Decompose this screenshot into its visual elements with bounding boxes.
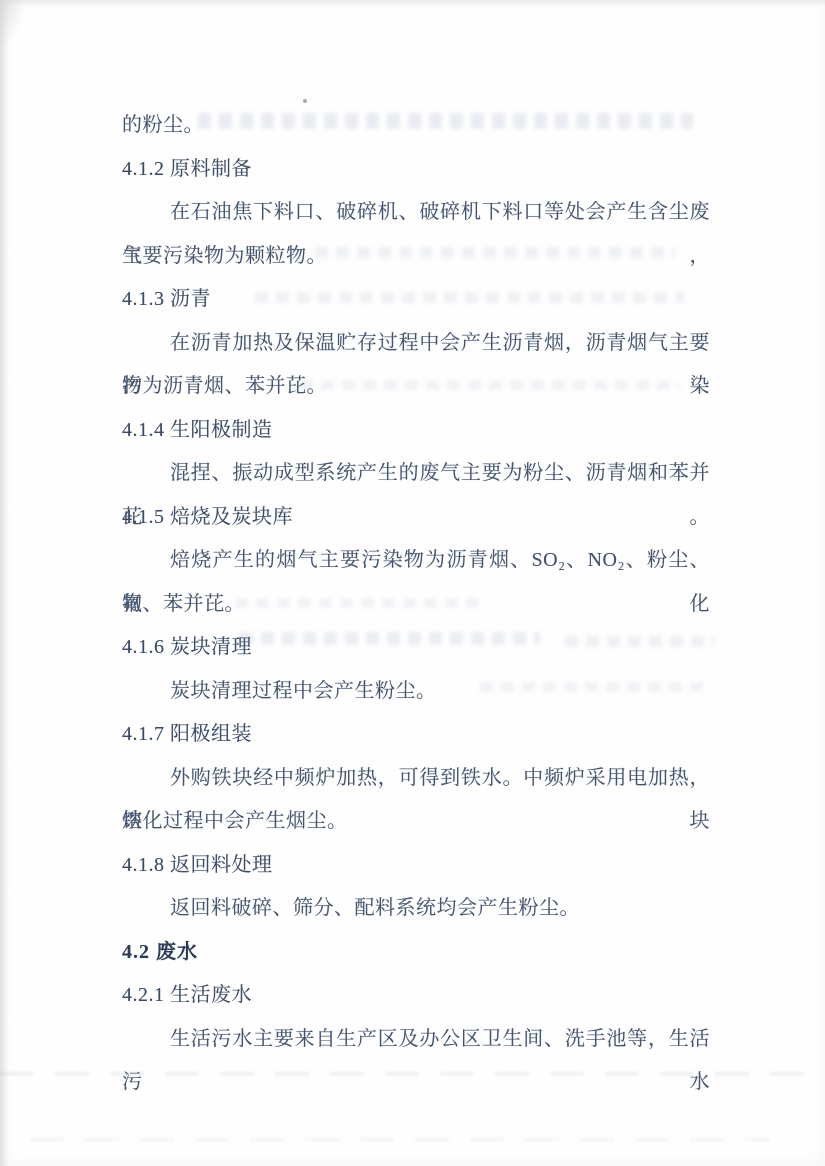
scan-speck bbox=[303, 99, 307, 103]
paragraph-line: 混捏、振动成型系统产生的废气主要为粉尘、沥青烟和苯并芘。 bbox=[122, 452, 710, 496]
bleed-through-artifact bbox=[198, 113, 693, 129]
paragraph-line: 焙烧产生的烟气主要污染物为沥青烟、SO₂、NO₂、粉尘、氟化 bbox=[122, 539, 710, 583]
heading-4-1-7-anode-assembly: 4.1.7 阳极组装 bbox=[122, 713, 710, 757]
bleed-through-artifact bbox=[255, 292, 685, 303]
heading-4-1-2-raw-material-prep: 4.1.2 原料制备 bbox=[122, 148, 710, 192]
paragraph-line: 生活污水主要来自生产区及办公区卫生间、洗手池等，生活污水 bbox=[122, 1018, 710, 1062]
heading-4-2-wastewater: 4.2 废水 bbox=[122, 931, 710, 975]
bleed-through-artifact bbox=[300, 380, 680, 390]
scan-streak bbox=[30, 1138, 770, 1141]
bleed-through-artifact bbox=[565, 636, 715, 647]
scanned-document-page: 的粉尘。 4.1.2 原料制备 在石油焦下料口、破碎机、破碎机下料口等处会产生含… bbox=[0, 0, 825, 1166]
scan-edge-top bbox=[0, 0, 825, 6]
bleed-through-artifact bbox=[315, 247, 675, 258]
heading-4-2-1-domestic-wastewater: 4.2.1 生活废水 bbox=[122, 974, 710, 1018]
bleed-through-artifact bbox=[235, 598, 485, 608]
heading-4-1-4-green-anode-manufacture: 4.1.4 生阳极制造 bbox=[122, 409, 710, 453]
scan-edge-left bbox=[0, 0, 9, 1166]
paragraph-line: 返回料破碎、筛分、配料系统均会产生粉尘。 bbox=[122, 887, 710, 931]
scan-streak bbox=[0, 1072, 825, 1075]
paragraph-line: 在石油焦下料口、破碎机、破碎机下料口等处会产生含尘废气， bbox=[122, 191, 710, 235]
paragraph-line: 外购铁块经中频炉加热，可得到铁水。中频炉采用电加热，铁块 bbox=[122, 757, 710, 801]
bleed-through-artifact bbox=[480, 682, 710, 692]
bleed-through-artifact bbox=[240, 632, 540, 645]
paragraph-line: 在沥青加热及保温贮存过程中会产生沥青烟，沥青烟气主要污染 bbox=[122, 322, 710, 366]
scan-edge-corner bbox=[0, 0, 26, 48]
heading-4-1-8-return-material-handling: 4.1.8 返回料处理 bbox=[122, 844, 710, 888]
